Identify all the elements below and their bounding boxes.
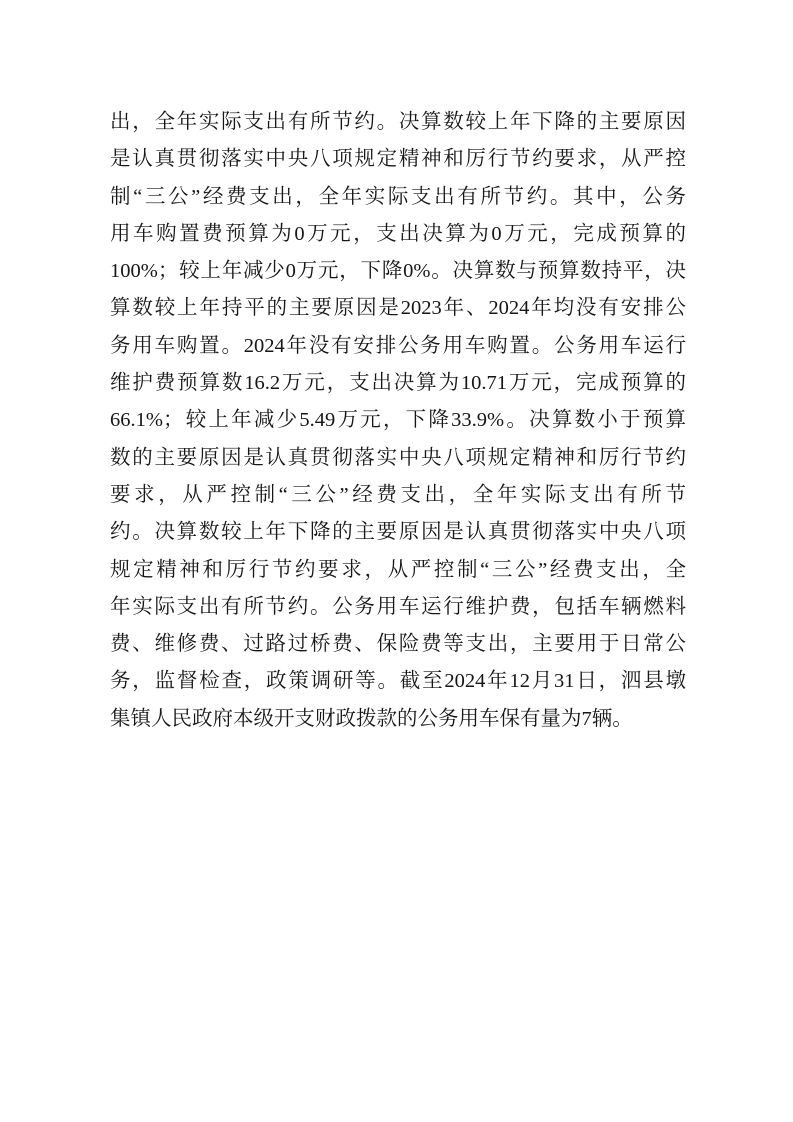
text-line: 用车购置费预算为0万元，支出决算为0万元，完成预算的: [110, 216, 686, 253]
text-line: 务用车购置。2024年没有安排公务用车购置。公务用车运行: [110, 328, 686, 365]
text-line: 维护费预算数16.2万元，支出决算为10.71万元，完成预算的: [110, 365, 686, 402]
body-paragraph: 出，全年实际支出有所节约。决算数较上年下降的主要原因是认真贯彻落实中央八项规定精…: [110, 104, 686, 738]
text-line: 费、维修费、过路过桥费、保险费等支出，主要用于日常公: [110, 626, 686, 663]
document-page: 出，全年实际支出有所节约。决算数较上年下降的主要原因是认真贯彻落实中央八项规定精…: [0, 0, 793, 1122]
text-line: 务，监督检查，政策调研等。截至2024年12月31日，泗县墩: [110, 663, 686, 700]
text-line: 要求，从严控制“三公”经费支出，全年实际支出有所节: [110, 477, 686, 514]
text-line: 100%；较上年减少0万元，下降0%。决算数与预算数持平，决: [110, 253, 686, 290]
text-line: 出，全年实际支出有所节约。决算数较上年下降的主要原因: [110, 104, 686, 141]
text-line: 算数较上年持平的主要原因是2023年、2024年均没有安排公: [110, 290, 686, 327]
text-line: 数的主要原因是认真贯彻落实中央八项规定精神和厉行节约: [110, 440, 686, 477]
text-line: 制“三公”经费支出，全年实际支出有所节约。其中，公务: [110, 179, 686, 216]
text-line: 约。决算数较上年下降的主要原因是认真贯彻落实中央八项: [110, 514, 686, 551]
text-line: 66.1%；较上年减少5.49万元，下降33.9%。决算数小于预算: [110, 402, 686, 439]
text-line: 年实际支出有所节约。公务用车运行维护费，包括车辆燃料: [110, 589, 686, 626]
text-line: 规定精神和厉行节约要求，从严控制“三公”经费支出，全: [110, 552, 686, 589]
text-line: 是认真贯彻落实中央八项规定精神和厉行节约要求，从严控: [110, 141, 686, 178]
text-line: 集镇人民政府本级开支财政拨款的公务用车保有量为7辆。: [110, 701, 686, 738]
